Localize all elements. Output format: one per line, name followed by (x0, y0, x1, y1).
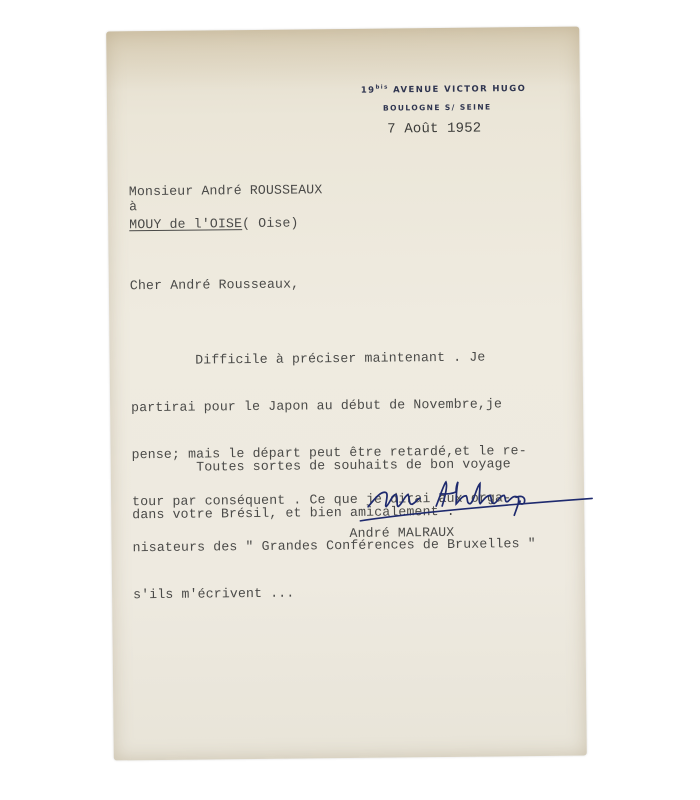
recipient-department: ( Oise) (242, 215, 299, 231)
recipient-name: Monsieur André ROUSSEAUX (129, 182, 323, 199)
letter-paper: 19bis AVENUE VICTOR HUGO BOULOGNE S/ SEI… (106, 27, 587, 761)
recipient-location: MOUY de l'OISE( Oise) (129, 215, 299, 232)
salutation: Cher André Rousseaux, (130, 276, 299, 293)
recipient-preposition: à (129, 199, 137, 214)
body-line: Difficile à préciser maintenant . Je (131, 349, 534, 369)
body-line: partirai pour le Japon au début de Novem… (131, 396, 534, 416)
letterhead-city: BOULOGNE S/ SEINE (383, 102, 492, 112)
letterhead-street: AVENUE VICTOR HUGO (389, 84, 527, 95)
letterhead-number: 19 (361, 86, 376, 96)
letterhead-superscript: bis (375, 85, 388, 91)
letter-date: 7 Août 1952 (387, 121, 481, 138)
letterhead-address: 19bis AVENUE VICTOR HUGO (361, 83, 526, 96)
body-line: s'ils m'écrivent ... (133, 583, 536, 603)
handwritten-signature (356, 474, 596, 523)
typed-signature-name: André MALRAUX (349, 525, 454, 541)
body-line: Toutes sortes de souhaits de bon voyage (132, 456, 511, 476)
recipient-town: MOUY de l'OISE (129, 216, 242, 232)
